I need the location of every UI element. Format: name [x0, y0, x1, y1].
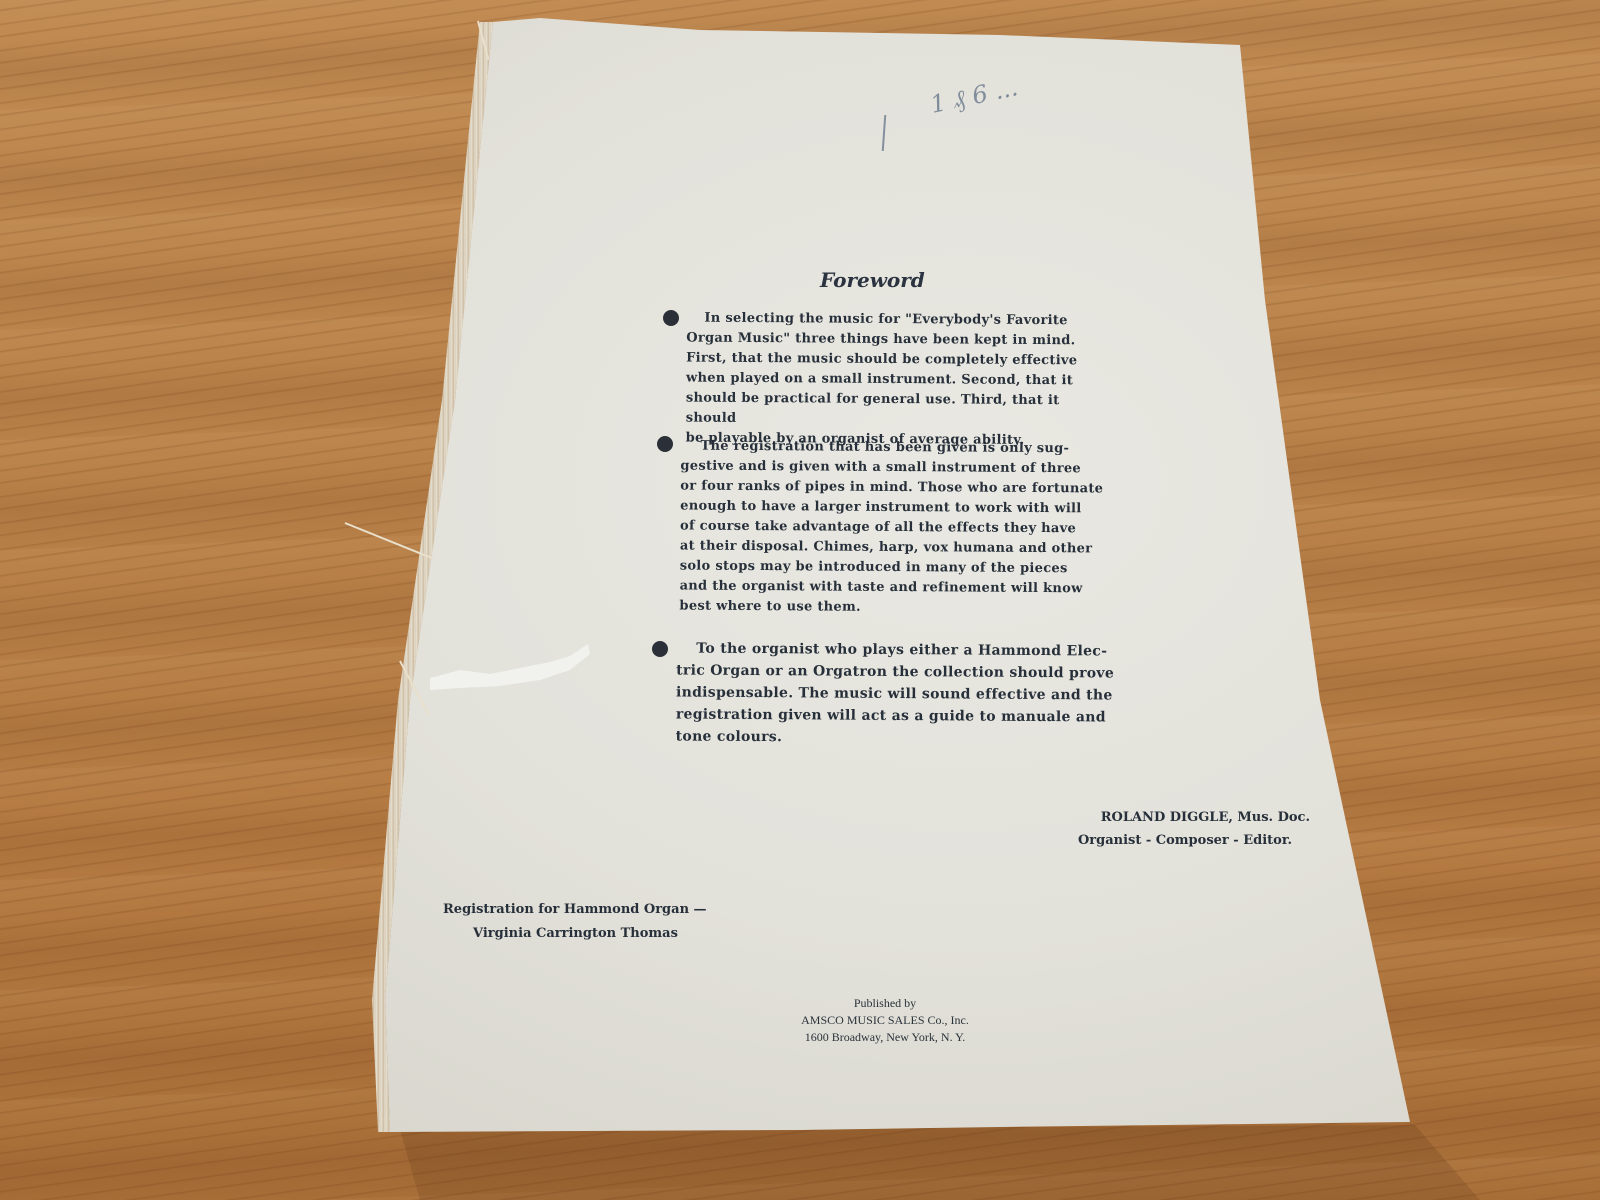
foreword-title: Foreword — [820, 268, 925, 292]
paragraph-text: The registration that has been given is … — [679, 437, 1110, 620]
text-line: best where to use them. — [679, 596, 1109, 619]
paragraph-text: To the organist who plays either a Hammo… — [676, 637, 1117, 750]
publisher-address: 1600 Broadway, New York, N. Y. — [770, 1029, 1000, 1046]
loose-fiber — [345, 522, 434, 559]
signature-block: ROLAND DIGGLE, Mus. Doc. Organist - Comp… — [1065, 806, 1310, 852]
publisher-name: AMSCO MUSIC SALES Co., Inc. — [770, 1012, 1000, 1029]
publisher-label: Published by — [770, 995, 1000, 1012]
publisher-block: Published by AMSCO MUSIC SALES Co., Inc.… — [770, 995, 1000, 1046]
bullet-icon — [657, 436, 673, 452]
text-line: should be practical for general use. Thi… — [686, 389, 1106, 432]
bullet-icon — [652, 641, 668, 657]
signature-name: ROLAND DIGGLE, Mus. Doc. — [1065, 806, 1310, 829]
registration-author: Virginia Carrington Thomas — [443, 922, 707, 946]
signature-role: Organist - Composer - Editor. — [1065, 829, 1310, 852]
text-line: To the organist who plays either a Hammo… — [676, 637, 1116, 662]
text-line: tone colours. — [676, 725, 1116, 750]
bullet-icon — [663, 310, 679, 326]
text-line: registration given will act as a guide t… — [676, 703, 1116, 728]
registration-credit: Registration for Hammond Organ — Virgini… — [443, 898, 707, 946]
text-line: tric Organ or an Orgatron the collection… — [676, 659, 1116, 684]
text-line: indispensable. The music will sound effe… — [676, 681, 1116, 706]
registration-line: Registration for Hammond Organ — — [443, 898, 707, 922]
paragraph-text: In selecting the music for "Everybody's … — [686, 309, 1107, 452]
